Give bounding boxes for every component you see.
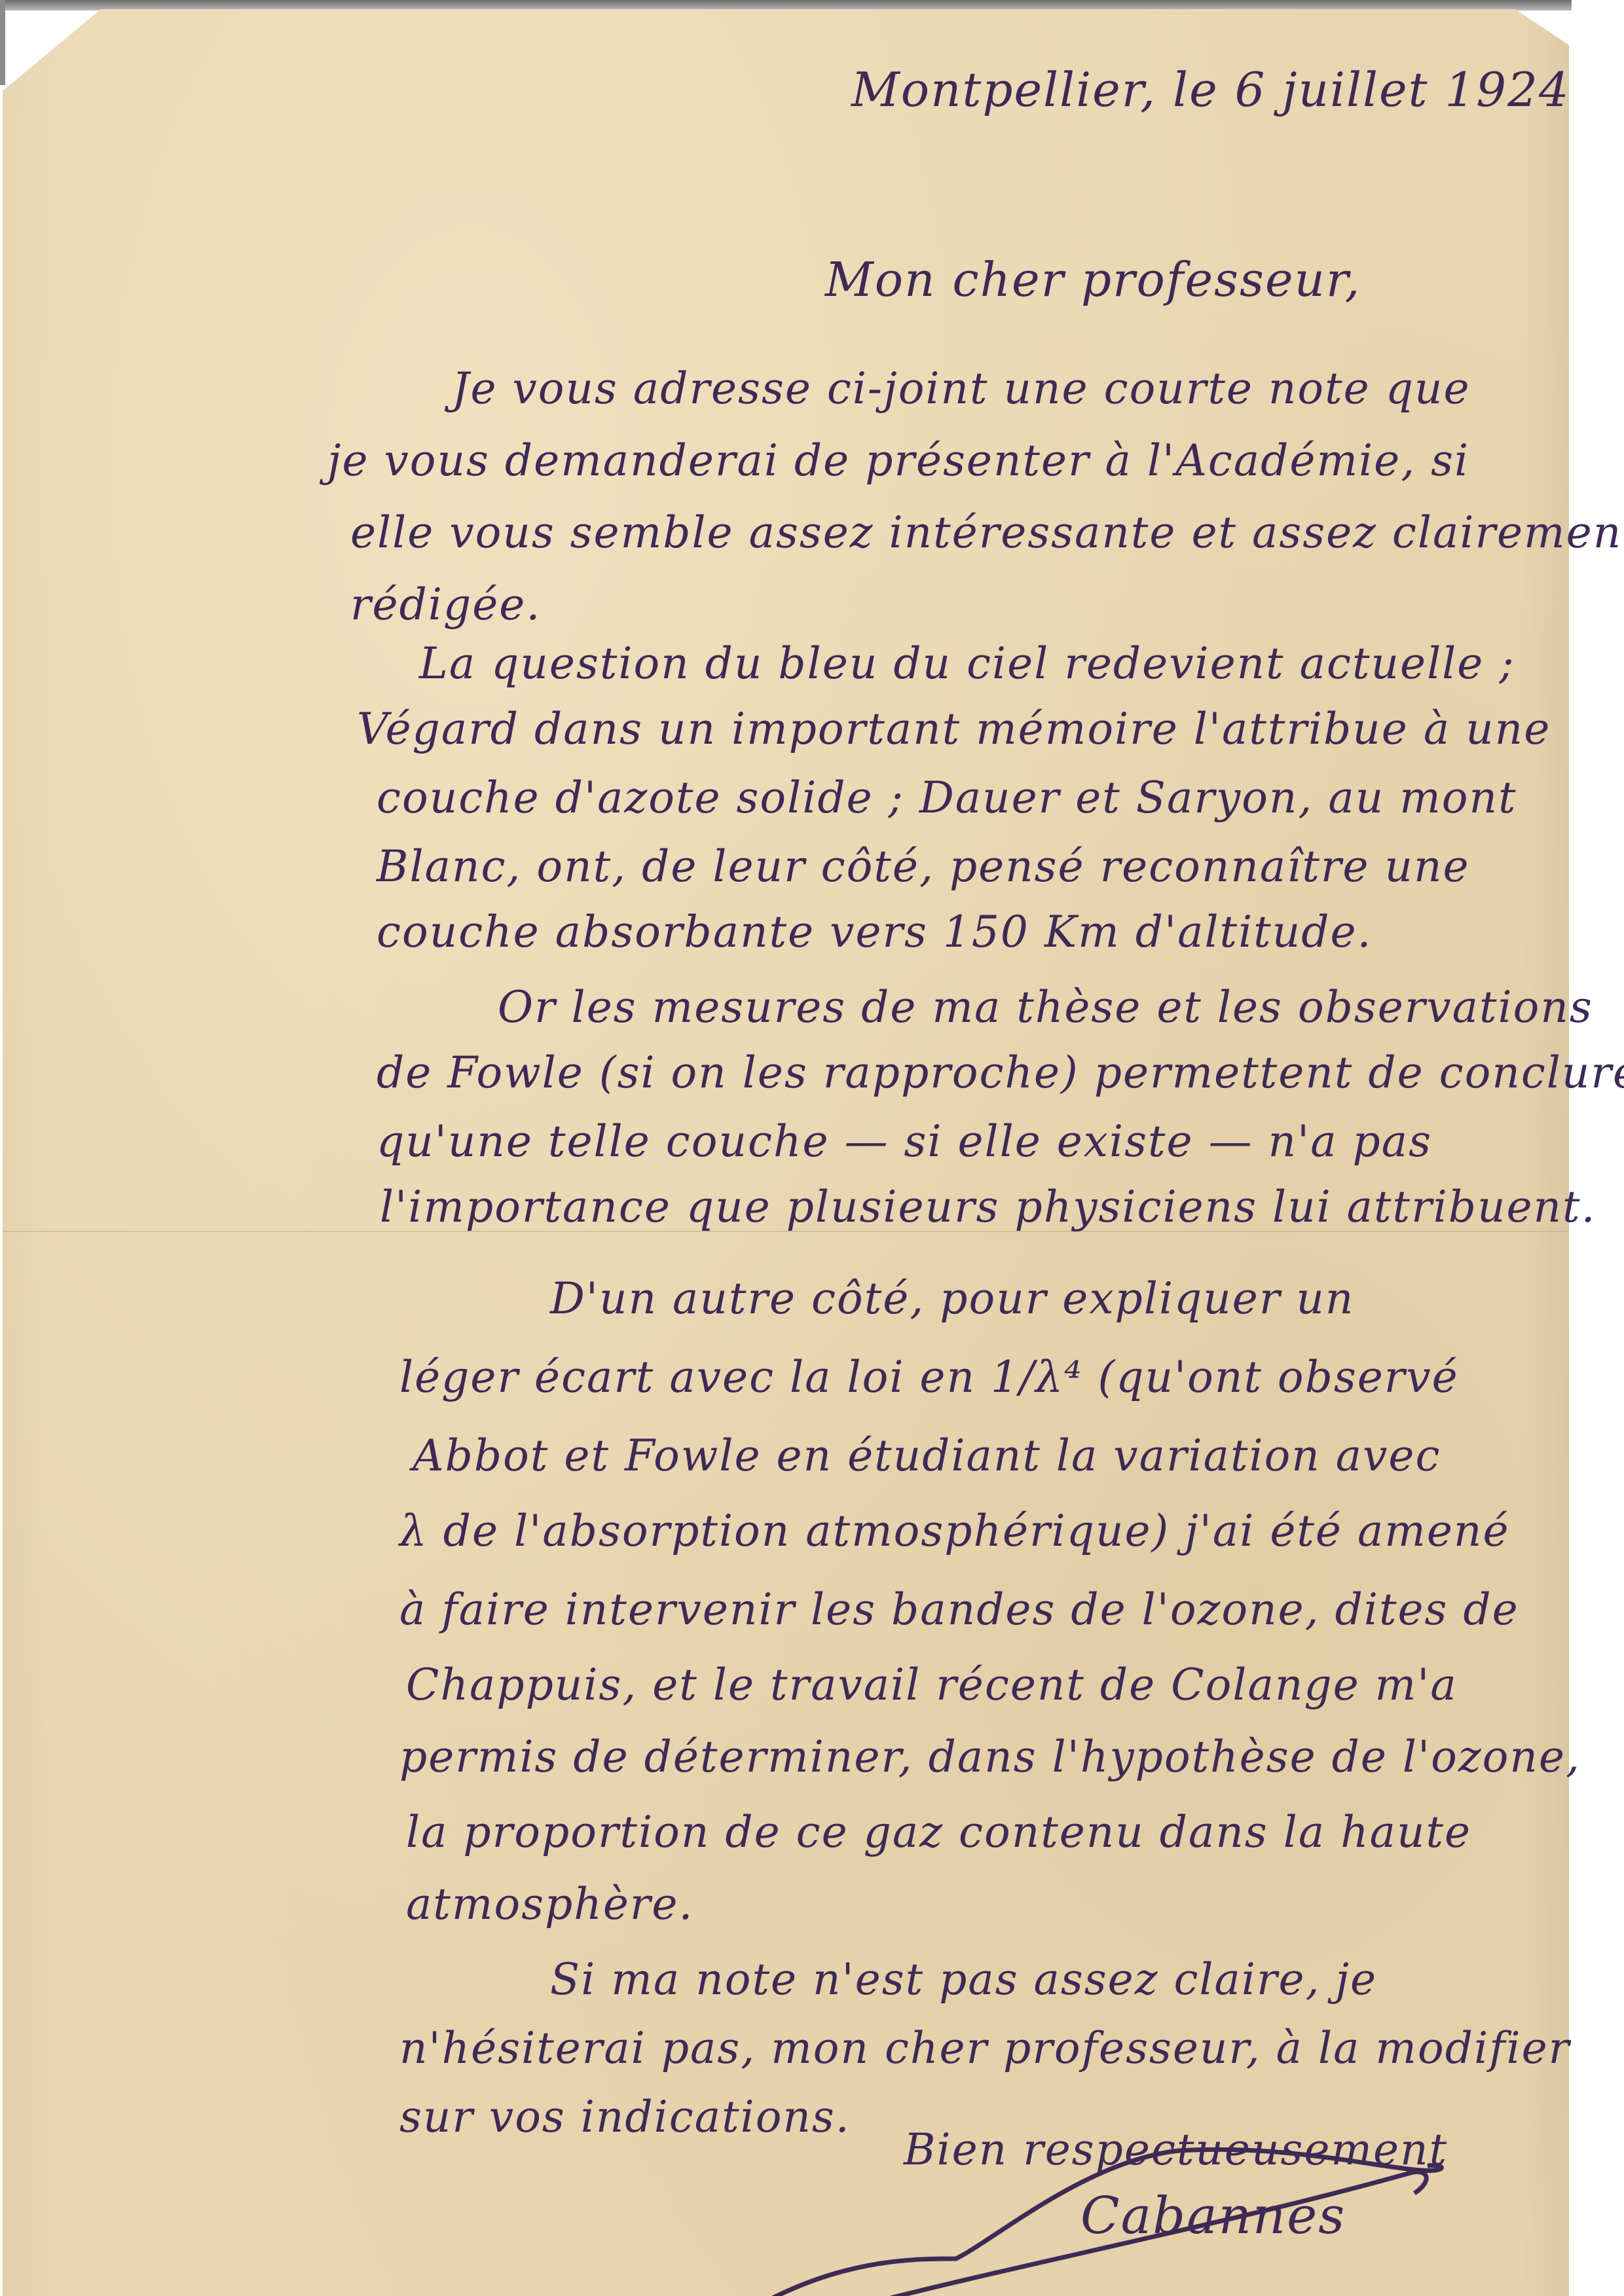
letter-line: couche absorbante vers 150 Km d'altitude…	[377, 907, 1373, 957]
signature: Cabannes	[1080, 2187, 1346, 2246]
letter-line: n'hésiterai pas, mon cher professeur, à …	[399, 2023, 1570, 2073]
letter-line: λ de l'absorption atmosphérique) j'ai ét…	[399, 1506, 1510, 1556]
letter-line: de Fowle (si on les rapproche) permetten…	[377, 1048, 1624, 1098]
scanner-top-edge	[0, 0, 1572, 10]
letter-line: permis de déterminer, dans l'hypothèse d…	[399, 1732, 1581, 1782]
letter-line: elle vous semble assez intéressante et a…	[350, 507, 1624, 558]
letter-line: Or les mesures de ma thèse et les observ…	[498, 982, 1593, 1032]
letter-line: rédigée.	[350, 579, 541, 630]
place-date: Montpellier, le 6 juillet 1924	[851, 62, 1570, 117]
letter-line: Chappuis, et le travail récent de Colang…	[406, 1660, 1458, 1710]
letter-line: Je vous adresse ci-joint une courte note…	[452, 363, 1471, 414]
letter-line: je vous demanderai de présenter à l'Acad…	[327, 435, 1469, 486]
letter-line: Si ma note n'est pas assez claire, je	[550, 1954, 1377, 2005]
scanner-left-edge	[0, 0, 5, 85]
letter-line: Végard dans un important mémoire l'attri…	[357, 704, 1551, 754]
letter-line: l'importance que plusieurs physiciens lu…	[380, 1182, 1596, 1232]
letter-line: Abbot et Fowle en étudiant la variation …	[413, 1430, 1441, 1481]
letter-line: couche d'azote solide ; Dauer et Saryon,…	[377, 773, 1517, 823]
letter-line: atmosphère.	[406, 1879, 693, 1929]
letter-line: La question du bleu du ciel redevient ac…	[419, 638, 1515, 689]
letter-line: la proportion de ce gaz contenu dans la …	[406, 1807, 1471, 1857]
letter-line: qu'une telle couche — si elle existe — n…	[377, 1116, 1432, 1167]
salutation: Mon cher professeur,	[825, 252, 1361, 307]
letter-line: sur vos indications.	[399, 2092, 851, 2142]
letter-line: à faire intervenir les bandes de l'ozone…	[399, 1584, 1519, 1635]
letter-line: Blanc, ont, de leur côté, pensé reconnaî…	[377, 841, 1470, 892]
letter-line: D'un autre côté, pour expliquer un	[550, 1273, 1354, 1324]
letter-line: léger écart avec la loi en 1/λ⁴ (qu'ont …	[399, 1352, 1459, 1402]
